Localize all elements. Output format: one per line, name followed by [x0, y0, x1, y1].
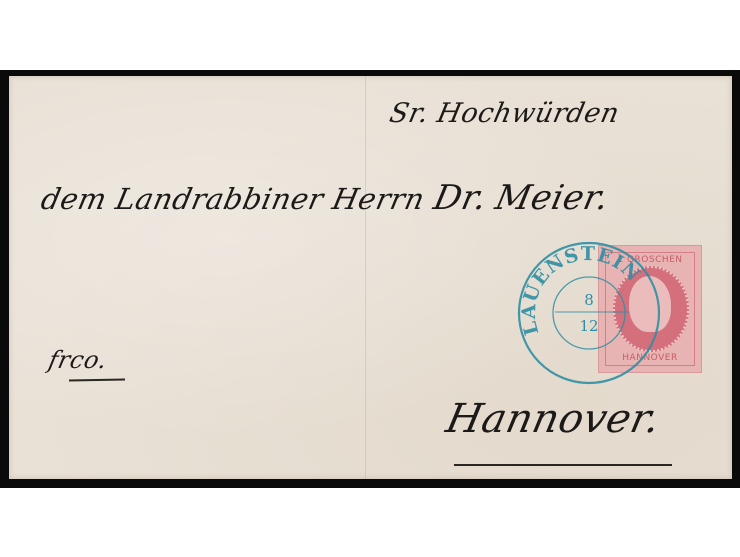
postmark-graphic: LAUENSTEIN 8 12: [509, 233, 669, 393]
franking-note: frco.: [46, 346, 110, 374]
recipient-title: Dr.: [430, 178, 491, 218]
recipient-prefix: dem Landrabbiner Herrn: [38, 182, 428, 216]
recipient-name: Meier.: [492, 178, 613, 218]
envelope-cover: Sr. Hochwürden dem Landrabbiner Herrn Dr…: [9, 76, 732, 479]
address-salutation: Sr. Hochwürden: [387, 98, 623, 129]
postmark-day: 8: [584, 291, 594, 309]
destination-city: Hannover.: [442, 396, 664, 442]
franking-underline: [69, 379, 125, 382]
circular-postmark: LAUENSTEIN 8 12: [509, 233, 669, 393]
address-recipient-line: dem Landrabbiner Herrn Dr. Meier.: [38, 178, 613, 218]
city-underline: [454, 464, 672, 466]
postmark-month: 12: [579, 317, 598, 335]
fold-line: [365, 76, 366, 479]
